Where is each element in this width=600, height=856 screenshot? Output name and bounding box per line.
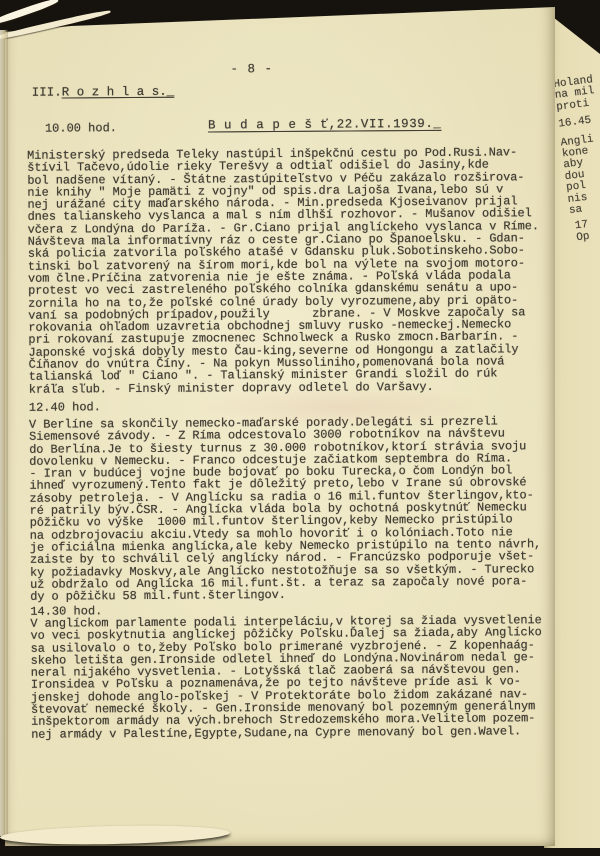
heading-prefix: III.: [32, 86, 62, 100]
photo-backdrop: Holandna milproti16.45Anglikoneabydoupol…: [0, 0, 600, 856]
text-line: nej armády v Palestíne,Egypte,Sudane,na …: [31, 725, 542, 741]
entry-time: 10.00 hod.: [45, 121, 117, 136]
entry-paragraph: V anglíckom parlamente podali interpelác…: [30, 614, 542, 741]
page-number: - 8 -: [230, 62, 273, 76]
section-heading: III.R o z h l a s._: [32, 85, 175, 100]
entry-paragraph: V Berlíne sa skončily nemecko-maďarské p…: [29, 415, 542, 603]
page-behind-text-line: 16.45: [558, 115, 599, 131]
entry-dateline: B u d a p e š ť,22.VII.1939._: [208, 117, 442, 133]
heading-title: R o z h l a s._: [62, 85, 175, 100]
page-behind-text-line: Op: [576, 229, 600, 245]
entry-time: 12.40 hod.: [29, 400, 101, 415]
page-left-edge: [0, 30, 8, 836]
entry-paragraph: Ministerský predseda Teleky nastúpil inš…: [27, 146, 540, 396]
typed-content: - 8 - III.R o z h l a s._ 10.00 hod. B u…: [2, 0, 558, 848]
text-line: dy o pôžičku 58 mil.funt.šterlingov.: [30, 587, 541, 603]
page-behind-text: Holandna milproti16.45Anglikoneabydoupol…: [553, 75, 600, 245]
text-line: kráľa sľub. - Finský minister dopravy od…: [29, 380, 540, 396]
document-page: - 8 - III.R o z h l a s._ 10.00 hod. B u…: [5, 0, 555, 846]
page-behind-text-line: proti: [556, 98, 597, 114]
